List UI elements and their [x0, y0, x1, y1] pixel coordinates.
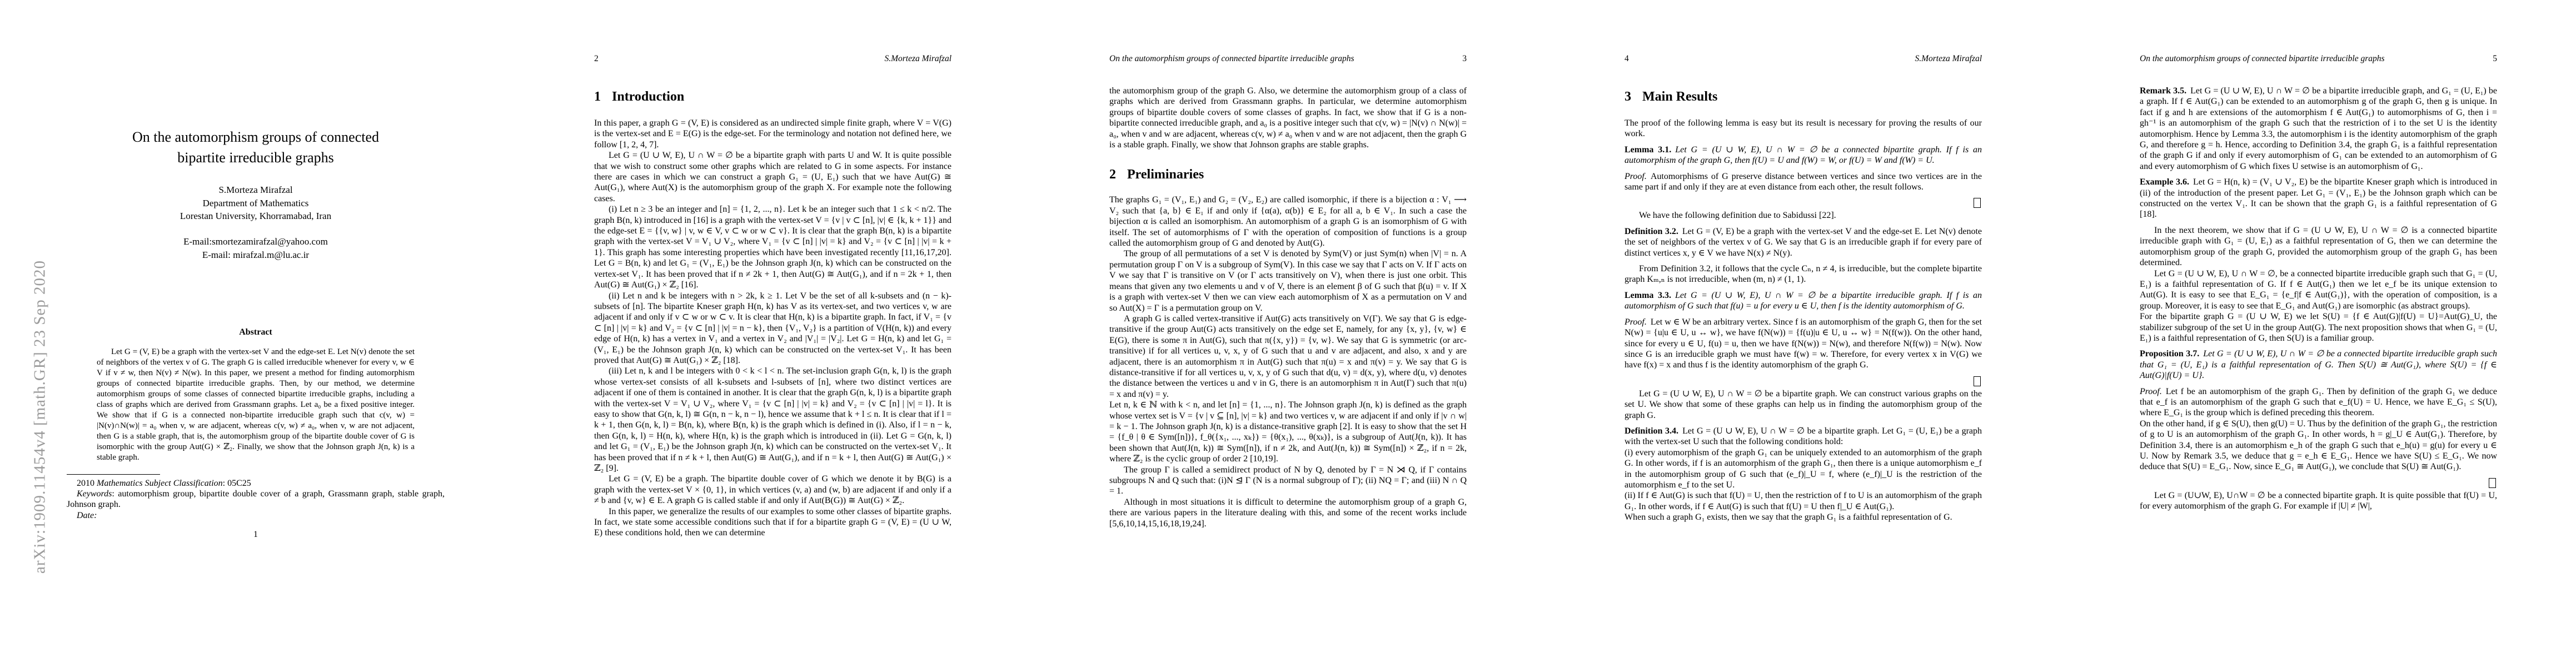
paragraph-item-i: (i) Let n ≥ 3 be an integer and [n] = {1…	[594, 204, 951, 290]
qed-box	[1974, 198, 1981, 208]
proposition-3-7: Proposition 3.7.Let G = (U ∪ W, E), U ∩ …	[2140, 349, 2497, 381]
paragraph: Although in most situations it is diffic…	[1109, 497, 1467, 529]
running-header-title: On the automorphism groups of connected …	[2140, 53, 2385, 64]
abstract-heading: Abstract	[67, 327, 445, 337]
page-2: 2 S.Morteza Mirafzal 1Introduction In th…	[515, 0, 1030, 667]
paragraph: The proof of the following lemma is easy…	[1625, 118, 1982, 140]
page-number: 1	[67, 530, 445, 540]
page-3: On the automorphism groups of connected …	[1030, 0, 1546, 667]
paragraph-continuation: the automorphism group of the graph G. A…	[1109, 86, 1467, 150]
section-heading-introduction: 1Introduction	[594, 89, 951, 104]
running-header-page-number: 2	[594, 53, 599, 64]
paragraph: The graphs G₁ = (V₁, E₁) and G₂ = (V₂, E…	[1109, 195, 1467, 248]
section-number: 1	[594, 89, 601, 104]
paragraph: For the bipartite graph G = (U ∪ W, E) w…	[2140, 311, 2497, 344]
paragraph: Let G = (U ∪ W, E), U ∩ W = ∅ be a bipar…	[594, 150, 951, 204]
footnote-keywords-text: : automorphism group, bipartite double c…	[67, 489, 445, 509]
pdf-sheet: arXiv:1909.11454v4 [math.GR] 23 Sep 2020…	[0, 0, 2576, 667]
proof-text: Let f be an automorphism of the graph G₁…	[2140, 387, 2497, 418]
paragraph: The group Γ is called a semidirect produ…	[1109, 465, 1467, 497]
qed-line	[1625, 376, 1981, 386]
arxiv-watermark: arXiv:1909.11454v4 [math.GR] 23 Sep 2020	[31, 260, 49, 574]
definition-3-4-intro: Definition 3.4.Let G = (U ∪ W, E), U ∩ W…	[1625, 426, 1982, 447]
running-header: On the automorphism groups of connected …	[1109, 0, 1467, 64]
definition-3-4-item-ii: (ii) If f ∈ Aut(G) is such that f(U) = U…	[1625, 490, 1982, 512]
author-name: S.Morteza Mirafzal	[67, 183, 445, 197]
page1-column: On the automorphism groups of connected …	[67, 0, 445, 540]
theorem-label: Lemma 3.1.	[1625, 145, 1671, 155]
proof-label: Proof.	[1625, 317, 1647, 327]
running-header: 2 S.Morteza Mirafzal	[594, 0, 951, 64]
lemma-3-3: Lemma 3.3.Let G = (U ∪ W, E), U ∩ W = ∅ …	[1625, 290, 1982, 312]
running-header-page-number: 3	[1462, 53, 1467, 64]
qed-line	[2140, 478, 2496, 488]
paragraph: Let G = (U ∪ W, E), U ∩ W = ∅ be a bipar…	[1625, 389, 1982, 421]
running-header-title: On the automorphism groups of connected …	[1109, 53, 1354, 64]
remark-label: Remark 3.5.	[2140, 86, 2186, 96]
example-text: Let G = H(n, k) = (V₁ ∪ V₂, E) be the bi…	[2140, 177, 2497, 219]
paragraph: A graph G is called vertex-transitive if…	[1109, 313, 1467, 400]
proposition-label: Proposition 3.7.	[2140, 349, 2199, 359]
section-number: 2	[1109, 167, 1116, 182]
abstract-text: Let G = (V, E) be a graph with the verte…	[97, 347, 415, 463]
qed-box	[1974, 376, 1981, 386]
paragraph: Let G = (U ∪ W, E), U ∩ W = ∅, be a conn…	[2140, 268, 2497, 312]
email-secondary: E-mail: mirafzal.m@lu.ac.ir	[67, 248, 445, 262]
section-heading-preliminaries: 2Preliminaries	[1109, 167, 1467, 182]
definition-3-4-item-i: (i) every automorphism of the graph G₁ c…	[1625, 447, 1982, 491]
paragraph: In the next theorem, we show that if G =…	[2140, 225, 2497, 268]
footnote-keywords: Keywords: automorphism group, bipartite …	[67, 489, 445, 510]
paragraph-item-iii: (iii) Let n, k and l be integers with 0 …	[594, 366, 951, 474]
paragraph: Let G = (U∪W, E), U∩W = ∅ be a connected…	[2140, 490, 2497, 512]
author-university: Lorestan University, Khorramabad, Iran	[67, 210, 445, 223]
remark-3-5: Remark 3.5.Let G = (U ∪ W, E), U ∩ W = ∅…	[2140, 86, 2497, 172]
section-title: Main Results	[1642, 89, 1717, 104]
section-title: Introduction	[612, 89, 684, 104]
running-header: On the automorphism groups of connected …	[2140, 0, 2497, 64]
author-emails: E-mail:smortezamirafzal@yahoo.com E-mail…	[67, 235, 445, 262]
proof-3-7-continued: On the other hand, if g ∈ S(U), then g(U…	[2140, 419, 2497, 472]
paper-title: On the automorphism groups of connected …	[108, 127, 403, 168]
running-header-author: S.Morteza Mirafzal	[1915, 53, 1982, 64]
paragraph: Let G = (V, E) be a graph. The bipartite…	[594, 474, 951, 506]
proof-text: Let w ∈ W be an arbitrary vertex. Since …	[1625, 317, 1982, 370]
theorem-text: Let G = (U ∪ W, E), U ∩ W = ∅ be a bipar…	[1625, 291, 1982, 311]
page-4: 4 S.Morteza Mirafzal 3Main Results The p…	[1546, 0, 2061, 667]
proof-label: Proof.	[1625, 172, 1647, 181]
footnotes: 2010 Mathematics Subject Classification:…	[67, 478, 445, 521]
theorem-text: Let G = (U ∪ W, E), U ∩ W = ∅ be a conne…	[1625, 145, 1982, 165]
page-1: arXiv:1909.11454v4 [math.GR] 23 Sep 2020…	[0, 0, 515, 667]
page2-column: 2 S.Morteza Mirafzal 1Introduction In th…	[594, 0, 951, 539]
footnote-msc-label: Mathematics Subject Classification	[97, 479, 223, 488]
paragraph: We have the following definition due to …	[1625, 210, 1982, 221]
example-label: Example 3.6.	[2140, 177, 2189, 187]
page4-column: 4 S.Morteza Mirafzal 3Main Results The p…	[1625, 0, 1982, 523]
proof-3-3: Proof.Let w ∈ W be an arbitrary vertex. …	[1625, 317, 1982, 371]
definition-label: Definition 3.2.	[1625, 227, 1678, 236]
author-department: Department of Mathematics	[67, 197, 445, 210]
footnote-msc: 2010 Mathematics Subject Classification:…	[67, 478, 445, 489]
definition-label: Definition 3.4.	[1625, 426, 1678, 436]
section-number: 3	[1625, 89, 1631, 104]
example-3-6: Example 3.6.Let G = H(n, k) = (V₁ ∪ V₂, …	[2140, 177, 2497, 220]
footnote-msc-year: 2010	[77, 479, 97, 488]
lemma-3-1: Lemma 3.1.Let G = (U ∪ W, E), U ∩ W = ∅ …	[1625, 145, 1982, 166]
paragraph: In this paper, a graph G = (V, E) is con…	[594, 118, 951, 150]
footnote-msc-value: : 05C25	[223, 479, 251, 488]
page-5: On the automorphism groups of connected …	[2061, 0, 2576, 667]
running-header-page-number: 4	[1625, 53, 1629, 64]
section-title: Preliminaries	[1127, 167, 1204, 182]
paragraph: Let n, k ∈ ℕ with k < n, and let [n] = {…	[1109, 400, 1467, 464]
section-heading-main-results: 3Main Results	[1625, 89, 1982, 104]
proof-3-1: Proof.Automorphisms of G preserve distan…	[1625, 171, 1982, 193]
footnote-rule	[67, 474, 160, 475]
footnote-keywords-label: Keywords	[77, 489, 112, 499]
footnote-date: Date:	[67, 510, 445, 521]
theorem-label: Lemma 3.3.	[1625, 291, 1671, 300]
paragraph: In this paper, we generalize the results…	[594, 506, 951, 539]
qed-line	[1625, 198, 1981, 208]
page5-column: On the automorphism groups of connected …	[2140, 0, 2497, 512]
definition-3-4-end: When such a graph G₁ exists, then we say…	[1625, 512, 1982, 522]
definition-3-2: Definition 3.2.Let G = (V, E) be a graph…	[1625, 226, 1982, 258]
running-header-page-number: 5	[2493, 53, 2497, 64]
qed-box	[2489, 478, 2496, 488]
proof-3-7: Proof.Let f be an automorphism of the gr…	[2140, 386, 2497, 419]
running-header: 4 S.Morteza Mirafzal	[1625, 0, 1982, 64]
paragraph: The group of all permutations of a set V…	[1109, 248, 1467, 313]
running-header-author: S.Morteza Mirafzal	[884, 53, 951, 64]
remark-text: Let G = (U ∪ W, E), U ∩ W = ∅ be a bipar…	[2140, 86, 2497, 171]
paragraph-item-ii: (ii) Let n and k be integers with n > 2k…	[594, 291, 951, 366]
proof-label: Proof.	[2140, 387, 2162, 396]
email-primary: E-mail:smortezamirafzal@yahoo.com	[67, 235, 445, 248]
paragraph: From Definition 3.2, it follows that the…	[1625, 263, 1982, 285]
proof-text: Automorphisms of G preserve distance bet…	[1625, 172, 1982, 192]
page3-column: On the automorphism groups of connected …	[1109, 0, 1467, 529]
